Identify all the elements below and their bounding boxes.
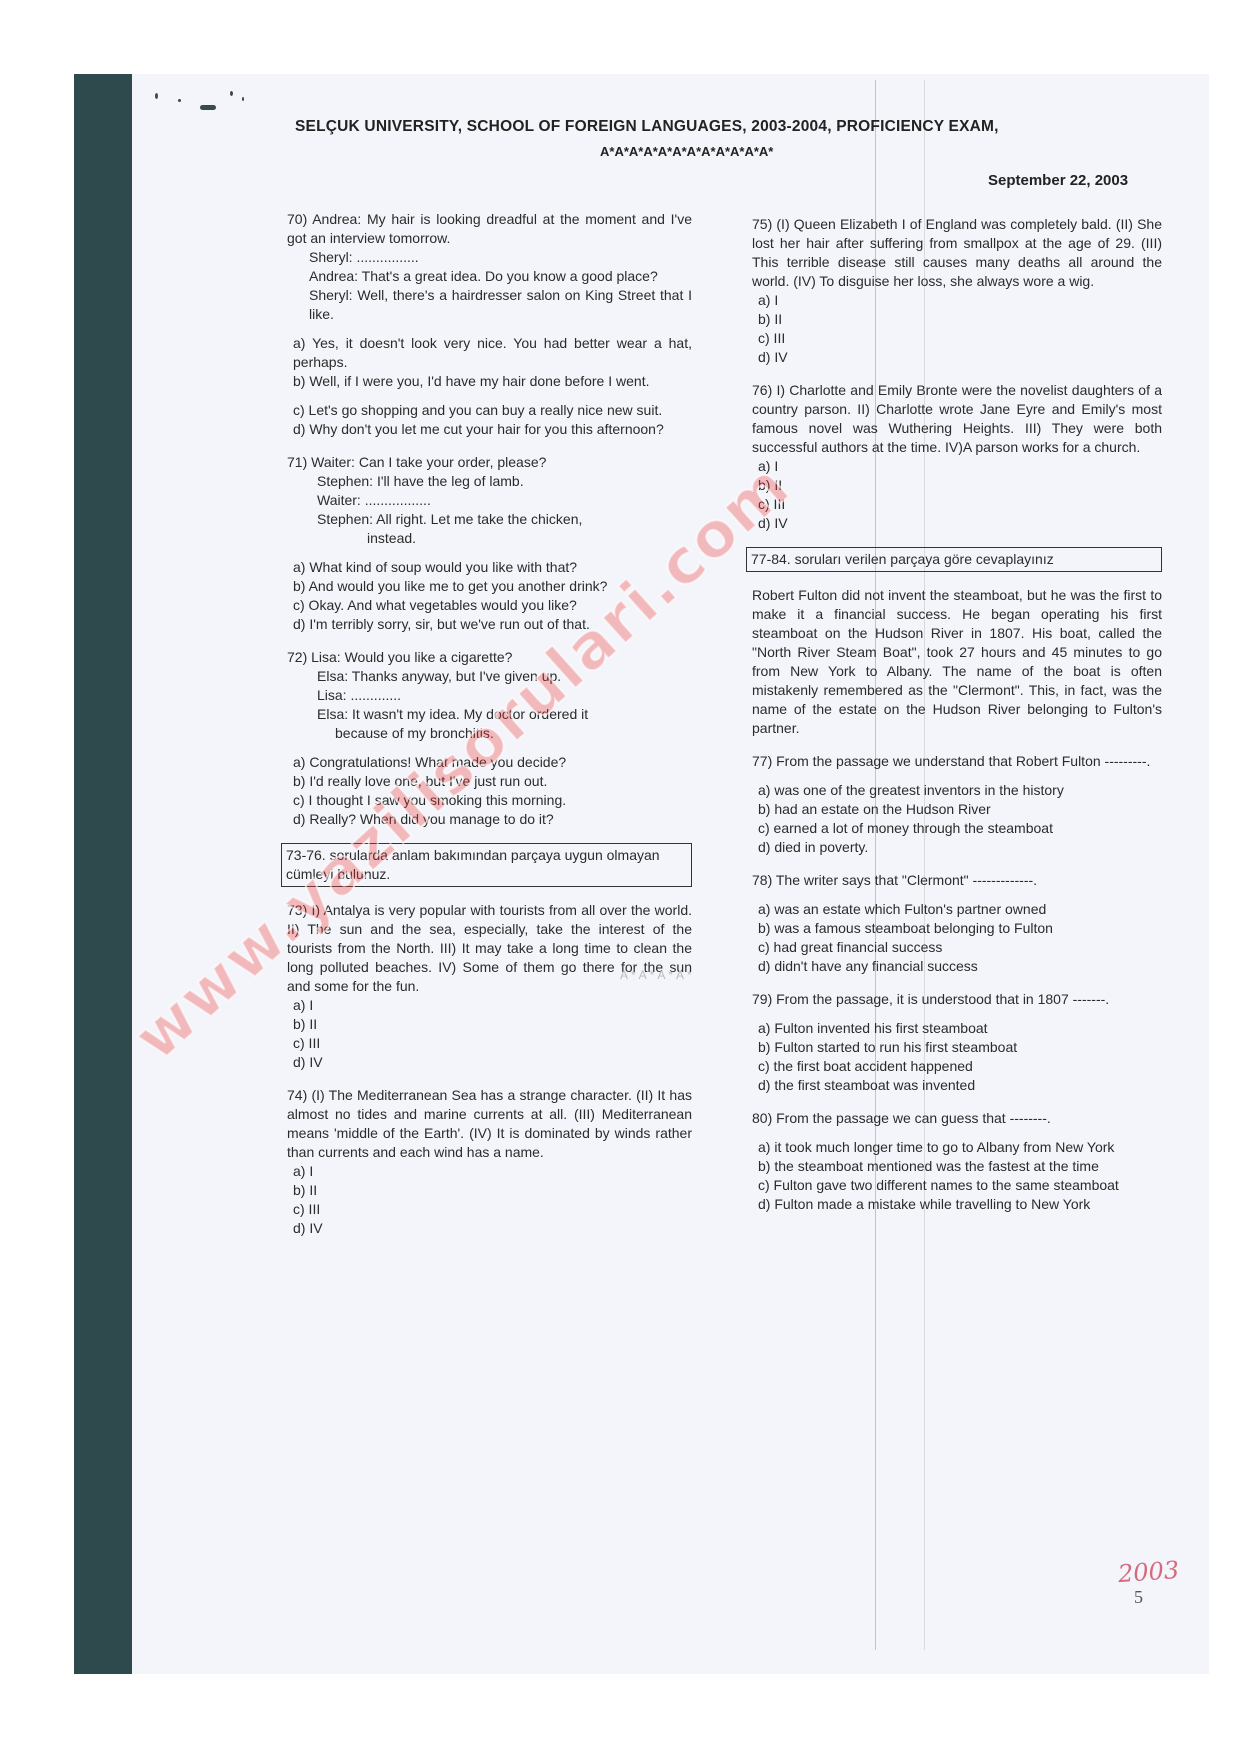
q78-option-c: c) had great financial success — [752, 938, 1162, 957]
question-71: 71) Waiter: Can I take your order, pleas… — [287, 453, 692, 634]
bleed-through-text: A*A*A*A* — [620, 968, 695, 982]
q71-line: Waiter: ................. — [287, 491, 692, 510]
q71-option-c: c) Okay. And what vegetables would you l… — [287, 596, 692, 615]
question-70: 70) Andrea: My hair is looking dreadful … — [287, 210, 692, 439]
q71-option-a: a) What kind of soup would you like with… — [287, 558, 692, 577]
right-column: 75) (I) Queen Elizabeth I of England was… — [752, 215, 1162, 1228]
section-instruction-77-84: 77-84. soruları verilen parçaya göre cev… — [746, 547, 1162, 572]
q75-option-a: a) I — [752, 291, 1162, 310]
q73-option-b: b) II — [287, 1015, 692, 1034]
q74-option-d: d) IV — [287, 1219, 692, 1238]
q72-line: because of my bronchitis. — [287, 724, 692, 743]
booklet-code: A*A*A*A*A*A*A*A*A*A*A*A* — [600, 144, 773, 159]
q71-line: instead. — [287, 529, 692, 548]
q70-line: Sheryl: ................ — [287, 248, 692, 267]
q71-line: 71) Waiter: Can I take your order, pleas… — [287, 453, 692, 472]
question-75: 75) (I) Queen Elizabeth I of England was… — [752, 215, 1162, 367]
question-74: 74) (I) The Mediterranean Sea has a stra… — [287, 1086, 692, 1238]
q70-line: 70) Andrea: My hair is looking dreadful … — [287, 210, 692, 248]
q75-option-d: d) IV — [752, 348, 1162, 367]
q70-option-b: b) Well, if I were you, I'd have my hair… — [287, 372, 692, 391]
q75-text: 75) (I) Queen Elizabeth I of England was… — [752, 215, 1162, 291]
q70-option-a: a) Yes, it doesn't look very nice. You h… — [287, 334, 692, 372]
q70-option-d: d) Why don't you let me cut your hair fo… — [287, 420, 692, 439]
q71-option-d: d) I'm terribly sorry, sir, but we've ru… — [287, 615, 692, 634]
q76-option-d: d) IV — [752, 514, 1162, 533]
q77-option-a: a) was one of the greatest inventors in … — [752, 781, 1162, 800]
q71-line: Stephen: I'll have the leg of lamb. — [287, 472, 692, 491]
q72-option-c: c) I thought I saw you smoking this morn… — [287, 791, 692, 810]
section-instruction-73-76: 73-76. sorularda anlam bakımından parçay… — [281, 843, 692, 887]
q74-option-b: b) II — [287, 1181, 692, 1200]
handwritten-year: 2003 — [1117, 1556, 1180, 1588]
q78-option-d: d) didn't have any financial success — [752, 957, 1162, 976]
q77-option-b: b) had an estate on the Hudson River — [752, 800, 1162, 819]
scanner-edge-shadow — [74, 74, 132, 1674]
q76-option-b: b) II — [752, 476, 1162, 495]
q72-line: 72) Lisa: Would you like a cigarette? — [287, 648, 692, 667]
q79-stem: 79) From the passage, it is understood t… — [752, 990, 1162, 1009]
q77-option-c: c) earned a lot of money through the ste… — [752, 819, 1162, 838]
q71-option-b: b) And would you like me to get you anot… — [287, 577, 692, 596]
q72-option-d: d) Really? When did you manage to do it? — [287, 810, 692, 829]
q72-line: Elsa: Thanks anyway, but I've given up. — [287, 667, 692, 686]
q79-option-c: c) the first boat accident happened — [752, 1057, 1162, 1076]
q79-option-b: b) Fulton started to run his first steam… — [752, 1038, 1162, 1057]
q79-option-a: a) Fulton invented his first steamboat — [752, 1019, 1162, 1038]
question-78: 78) The writer says that "Clermont" ----… — [752, 871, 1162, 976]
q78-option-b: b) was a famous steamboat belonging to F… — [752, 919, 1162, 938]
q72-option-b: b) I'd really love one, but I've just ru… — [287, 772, 692, 791]
question-80: 80) From the passage we can guess that -… — [752, 1109, 1162, 1214]
q78-option-a: a) was an estate which Fulton's partner … — [752, 900, 1162, 919]
q74-option-a: a) I — [287, 1162, 692, 1181]
q73-option-a: a) I — [287, 996, 692, 1015]
page-number: 5 — [1134, 1587, 1143, 1608]
scan-specks — [150, 85, 270, 125]
q76-text: 76) I) Charlotte and Emily Bronte were t… — [752, 381, 1162, 457]
left-column: 70) Andrea: My hair is looking dreadful … — [287, 210, 692, 1252]
q77-stem: 77) From the passage we understand that … — [752, 752, 1162, 771]
q70-line: Sheryl: Well, there's a hairdresser salo… — [287, 286, 692, 324]
exam-title: SELÇUK UNIVERSITY, SCHOOL OF FOREIGN LAN… — [295, 118, 1165, 136]
reading-passage: Robert Fulton did not invent the steambo… — [752, 586, 1162, 738]
q72-line: Elsa: It wasn't my idea. My doctor order… — [287, 705, 692, 724]
q78-stem: 78) The writer says that "Clermont" ----… — [752, 871, 1162, 890]
q80-option-a: a) it took much longer time to go to Alb… — [752, 1138, 1162, 1157]
q80-option-b: b) the steamboat mentioned was the faste… — [752, 1157, 1162, 1176]
q74-text: 74) (I) The Mediterranean Sea has a stra… — [287, 1086, 692, 1162]
q80-option-d: d) Fulton made a mistake while travellin… — [752, 1195, 1162, 1214]
exam-date: September 22, 2003 — [988, 172, 1128, 189]
q76-option-a: a) I — [752, 457, 1162, 476]
q75-option-c: c) III — [752, 329, 1162, 348]
question-77: 77) From the passage we understand that … — [752, 752, 1162, 857]
q72-option-a: a) Congratulations! What made you decide… — [287, 753, 692, 772]
q79-option-d: d) the first steamboat was invented — [752, 1076, 1162, 1095]
q70-option-c: c) Let's go shopping and you can buy a r… — [287, 401, 692, 420]
q73-option-d: d) IV — [287, 1053, 692, 1072]
q73-option-c: c) III — [287, 1034, 692, 1053]
q70-line: Andrea: That's a great idea. Do you know… — [287, 267, 692, 286]
q76-option-c: c) III — [752, 495, 1162, 514]
q80-stem: 80) From the passage we can guess that -… — [752, 1109, 1162, 1128]
q72-line: Lisa: ............. — [287, 686, 692, 705]
question-73: 73) I) Antalya is very popular with tour… — [287, 901, 692, 1072]
q80-option-c: c) Fulton gave two different names to th… — [752, 1176, 1162, 1195]
q77-option-d: d) died in poverty. — [752, 838, 1162, 857]
question-76: 76) I) Charlotte and Emily Bronte were t… — [752, 381, 1162, 533]
q71-line: Stephen: All right. Let me take the chic… — [287, 510, 692, 529]
question-72: 72) Lisa: Would you like a cigarette? El… — [287, 648, 692, 829]
question-79: 79) From the passage, it is understood t… — [752, 990, 1162, 1095]
q74-option-c: c) III — [287, 1200, 692, 1219]
q75-option-b: b) II — [752, 310, 1162, 329]
